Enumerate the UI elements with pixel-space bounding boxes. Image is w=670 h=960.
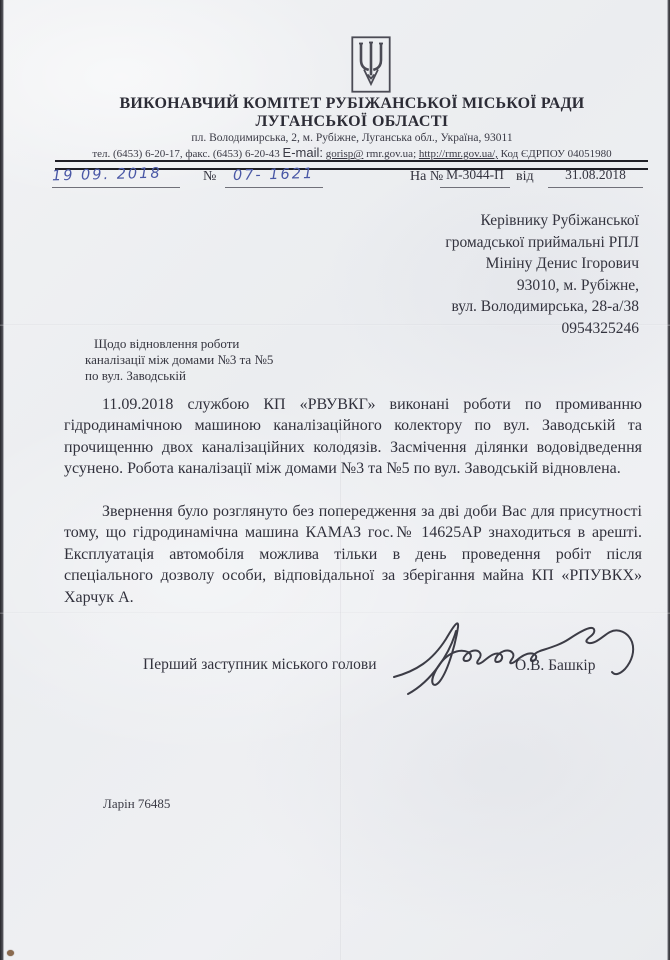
edrpou-code: Код ЄДРПОУ 04051980 — [501, 148, 612, 160]
body-paragraph-1: 11.09.2018 службою КП «РВУВКГ» виконані … — [64, 394, 642, 480]
recipient-block: Керівнику Рубіжанської громадської прийм… — [319, 210, 639, 339]
scanned-letter-page: ВИКОНАВЧИЙ КОМІТЕТ РУБІЖАНСЬКОЇ МІСЬКОЇ … — [0, 0, 670, 960]
org-address: пл. Володимирська, 2, м. Рубіжне, Луганс… — [40, 132, 664, 144]
recipient-line: 93010, м. Рубіжне, — [319, 275, 639, 297]
handwritten-signature-icon — [388, 597, 644, 697]
outgoing-number-field: 07- 1621 — [225, 166, 323, 188]
outgoing-number-handwritten: 07- 1621 — [233, 166, 315, 184]
signer-title: Перший заступник міського голови — [143, 656, 376, 674]
email-user: gorisp@ — [326, 148, 364, 160]
website-url: http://rmr.gov.ua/, — [419, 148, 498, 160]
subject-line: по вул. Заводській — [85, 368, 335, 384]
subject-block: Щодо відновлення роботи каналізації між … — [85, 336, 335, 383]
executor-note: Ларін 76485 — [103, 796, 170, 812]
scan-edge-left — [0, 0, 4, 960]
outgoing-date-handwritten: 19 09. 2018 — [52, 166, 162, 185]
recipient-phone: 0954325246 — [319, 318, 639, 340]
org-phone-fax: тел. (6453) 6-20-17, факс. (6453) 6-20-4… — [92, 148, 279, 160]
incoming-number-label: На № — [410, 169, 443, 185]
number-label: № — [203, 169, 216, 185]
paper-speck — [7, 950, 14, 956]
email-label: E-mail: — [283, 145, 323, 160]
subject-line: Щодо відновлення роботи — [85, 336, 335, 352]
body-paragraph-2: Звернення було розглянуто без попереджен… — [64, 501, 642, 608]
incoming-number-value: М-3044-П — [440, 167, 510, 188]
outgoing-date-field: 19 09. 2018 — [52, 166, 180, 188]
incoming-date-value: 31.08.2018 — [548, 167, 643, 188]
recipient-line: вул. Володимирська, 28-а/38 — [319, 296, 639, 318]
org-name-line1: ВИКОНАВЧИЙ КОМІТЕТ РУБІЖАНСЬКОЇ МІСЬКОЇ … — [40, 95, 664, 113]
paragraph-text: Звернення було розглянуто без попереджен… — [64, 501, 642, 608]
recipient-line: громадської приймальні РПЛ — [319, 232, 639, 254]
org-contact-line: тел. (6453) 6-20-17, факс. (6453) 6-20-4… — [40, 145, 664, 160]
paragraph-text: 11.09.2018 службою КП «РВУВКГ» виконані … — [64, 394, 642, 480]
ukraine-trident-emblem-icon — [351, 36, 391, 93]
recipient-line: Мініну Денис Ігорович — [319, 253, 639, 275]
org-name-line2: ЛУГАНСЬКОЇ ОБЛАСТІ — [40, 113, 664, 131]
subject-line: каналізації між домами №3 та №5 — [85, 352, 335, 368]
from-date-label: від — [516, 169, 534, 185]
signer-name: О.В. Башкір — [515, 657, 595, 675]
paper-background — [0, 0, 670, 960]
email-domain: rmr.gov.ua; — [366, 148, 416, 160]
recipient-line: Керівнику Рубіжанської — [319, 210, 639, 232]
